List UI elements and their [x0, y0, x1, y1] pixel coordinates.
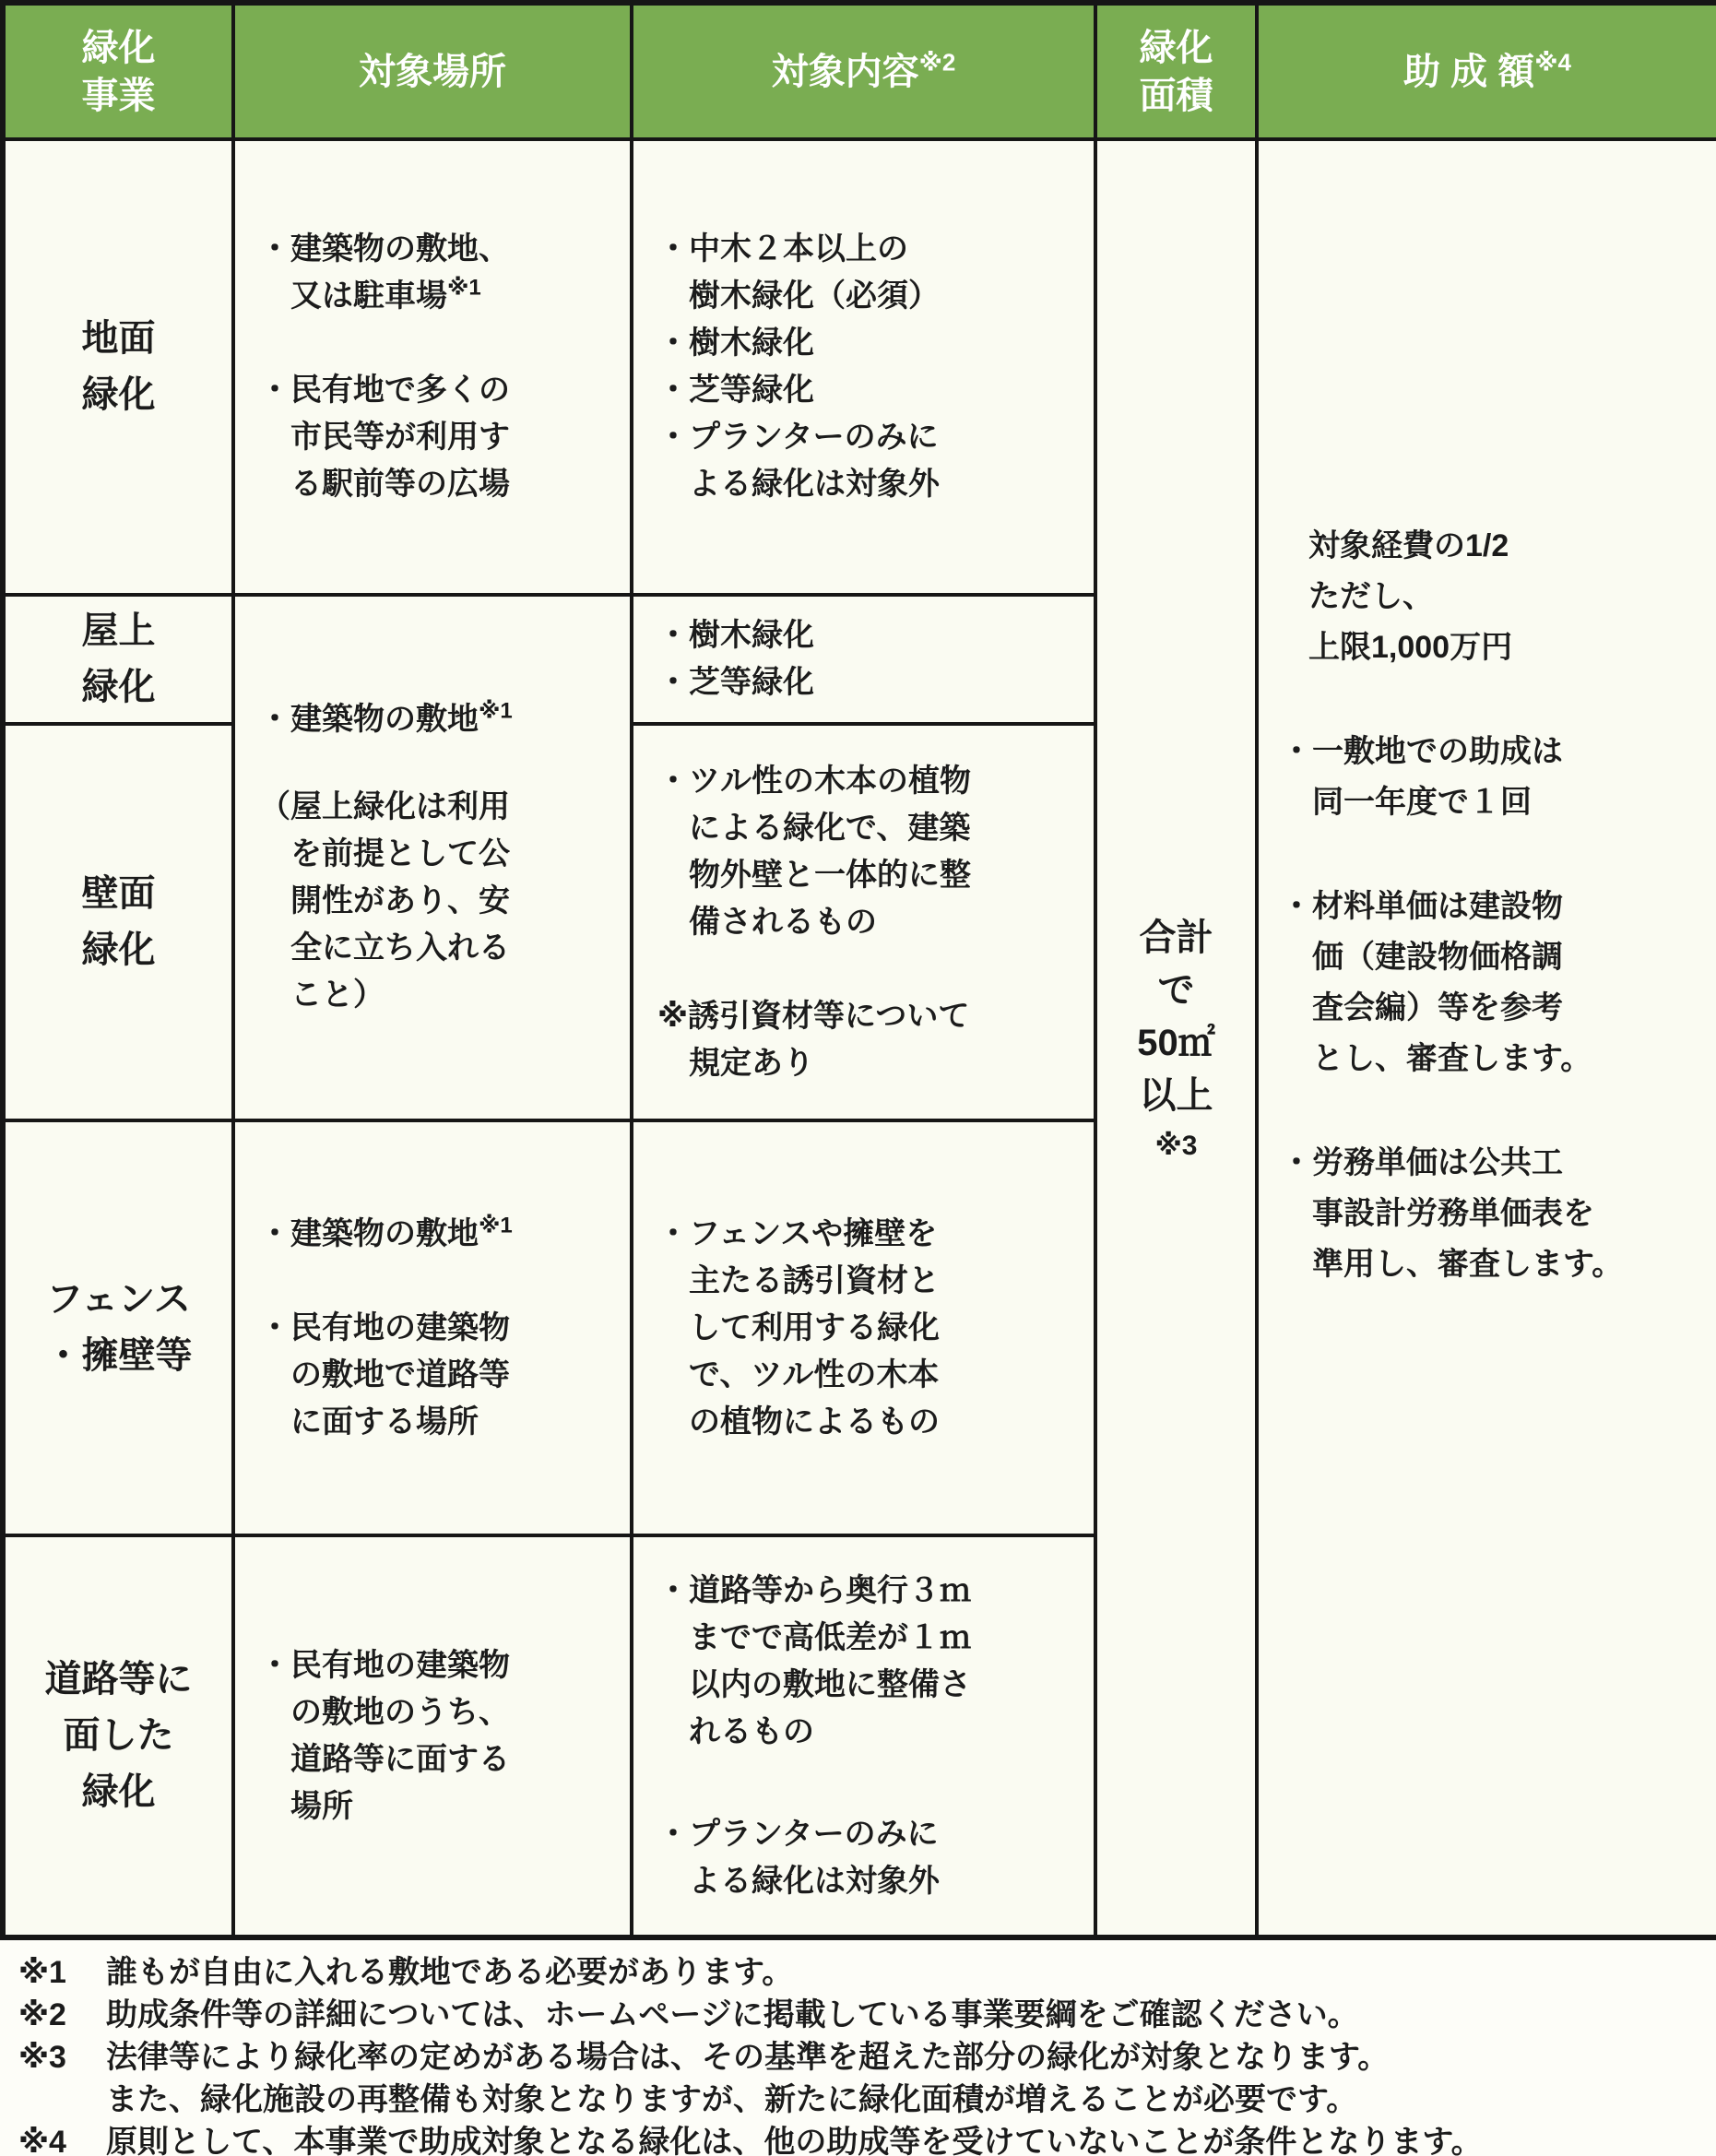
cell-place-rooftop-wall: ・建築物の敷地※1 （屋上緑化は利用 を前提として公 開性があり、安 全に立ち入… — [233, 595, 632, 1120]
note-ref-1: ※1 — [479, 1213, 513, 1238]
cell-place-fence: ・建築物の敷地※1 ・民有地の建築物 の敷地で道路等 に面する場所 — [233, 1120, 632, 1535]
greening-subsidy-page: 緑化 事業 対象場所 対象内容※2 緑化 面積 助 成 額※4 地面 緑化 ・建… — [0, 0, 1716, 2156]
place-rooftop-wall-bullet-1: ・建築物の敷地※1 — [259, 696, 624, 743]
header-area: 緑化 面積 — [1095, 3, 1257, 139]
cell-content-rooftop: ・樹木緑化 ・芝等緑化 — [632, 595, 1095, 724]
note-ref-1: ※1 — [447, 276, 481, 301]
note-ref-2: ※2 — [919, 48, 956, 76]
footnote-1: ※1 誰もが自由に入れる敷地である必要があります。 — [18, 1951, 1709, 1994]
cell-place-road: ・民有地の建築物 の敷地のうち、 道路等に面する 場所 — [233, 1535, 632, 1937]
footnote-3-marker: ※3 — [18, 2036, 106, 2121]
content-road-bullet-1: ・道路等から奥行３ｍ までで高低差が１ｍ 以内の敷地に整備さ れるもの — [657, 1568, 1088, 1756]
place-ground-bullet-2: ・民有地で多くの 市民等が利用す る駅前等の広場 — [259, 367, 624, 508]
header-area-label: 緑化 面積 — [1140, 28, 1213, 116]
footnote-4-text: 原則として、本事業で助成対象となる緑化は、他の助成等を受けていないことが条件とな… — [106, 2121, 1709, 2156]
subsidy-amount-bullet-1: ・一敷地での助成は 同一年度で１回 — [1281, 727, 1710, 828]
cell-content-wall: ・ツル性の木本の植物 による緑化で、建築 物外壁と一体的に整 備されるもの ※誘… — [632, 724, 1095, 1120]
greening-subsidy-table: 緑化 事業 対象場所 対象内容※2 緑化 面積 助 成 額※4 地面 緑化 ・建… — [0, 0, 1716, 1940]
content-road-bullet-2: ・プランターのみに よる緑化は対象外 — [657, 1811, 1088, 1905]
subsidy-amount-bullet-2: ・材料単価は建設物 価（建設物価格調 査会編）等を参考 とし、審査します。 — [1281, 882, 1710, 1084]
cell-greening-area: 合計 で 50㎡ 以上 ※3 — [1095, 139, 1257, 1937]
header-amount-label: 助 成 額 — [1403, 52, 1534, 92]
header-content: 対象内容※2 — [632, 3, 1095, 139]
cell-place-ground: ・建築物の敷地、 又は駐車場※1 ・民有地で多くの 市民等が利用す る駅前等の広… — [233, 139, 632, 595]
place-fence-bullet-2: ・民有地の建築物 の敷地で道路等 に面する場所 — [259, 1305, 624, 1446]
content-fence-bullet: ・フェンスや擁壁を 主たる誘引資材と して利用する緑化 で、ツル性の木本 の植物… — [657, 1211, 1088, 1446]
cell-subsidy-amount: 対象経費の1/2 ただし、 上限1,000万円 ・一敷地での助成は 同一年度で１… — [1257, 139, 1716, 1937]
content-rooftop-bullets: ・樹木緑化 ・芝等緑化 — [657, 612, 1088, 706]
table-row-ground: 地面 緑化 ・建築物の敷地、 又は駐車場※1 ・民有地で多くの 市民等が利用す … — [3, 139, 1716, 595]
footnote-2-marker: ※2 — [18, 1994, 106, 2036]
place-ground-bullet-1: ・建築物の敷地、 又は駐車場※1 — [259, 226, 624, 320]
footnote-1-text: 誰もが自由に入れる敷地である必要があります。 — [106, 1951, 1709, 1994]
footnote-4: ※4 原則として、本事業で助成対象となる緑化は、他の助成等を受けていないことが条… — [18, 2121, 1709, 2156]
header-project-label: 緑化 事業 — [82, 28, 156, 116]
header-place-label: 対象場所 — [359, 52, 506, 92]
cell-content-fence: ・フェンスや擁壁を 主たる誘引資材と して利用する緑化 で、ツル性の木本 の植物… — [632, 1120, 1095, 1535]
note-ref-3: ※3 — [1097, 1128, 1255, 1165]
content-wall-remark: ※誘引資材等について 規定あり — [657, 993, 1088, 1087]
footnote-3: ※3 法律等により緑化率の定めがある場合は、その基準を超えた部分の緑化が対象とな… — [18, 2036, 1709, 2121]
table-header-row: 緑化 事業 対象場所 対象内容※2 緑化 面積 助 成 額※4 — [3, 3, 1716, 139]
cell-content-road: ・道路等から奥行３ｍ までで高低差が１ｍ 以内の敷地に整備さ れるもの ・プラン… — [632, 1535, 1095, 1937]
row-label-fence: フェンス ・擁壁等 — [3, 1120, 233, 1535]
header-amount: 助 成 額※4 — [1257, 3, 1716, 139]
note-ref-4: ※4 — [1534, 48, 1571, 76]
note-ref-1: ※1 — [479, 699, 513, 724]
row-label-road: 道路等に 面した 緑化 — [3, 1535, 233, 1937]
place-rooftop-wall-remark: （屋上緑化は利用 を前提として公 開性があり、安 全に立ち入れる こと） — [259, 784, 624, 1019]
place-fence-bullet-1: ・建築物の敷地※1 — [259, 1211, 624, 1258]
row-label-ground: 地面 緑化 — [3, 139, 233, 595]
content-wall-bullet: ・ツル性の木本の植物 による緑化で、建築 物外壁と一体的に整 備されるもの — [657, 758, 1088, 946]
header-content-label: 対象内容 — [772, 52, 919, 92]
content-ground-bullets: ・中木２本以上の 樹木緑化（必須） ・樹木緑化 ・芝等緑化 ・プランターのみに … — [657, 226, 1088, 508]
header-place: 対象場所 — [233, 3, 632, 139]
footnote-2: ※2 助成条件等の詳細については、ホームページに掲載している事業要綱をご確認くだ… — [18, 1994, 1709, 2036]
row-label-rooftop: 屋上 緑化 — [3, 595, 233, 724]
subsidy-amount-intro: 対象経費の1/2 ただし、 上限1,000万円 — [1308, 521, 1710, 673]
footnote-1-marker: ※1 — [18, 1951, 106, 1994]
footnote-4-marker: ※4 — [18, 2121, 106, 2156]
subsidy-amount-bullet-3: ・労務単価は公共工 事設計労務単価表を 準用し、審査します。 — [1281, 1138, 1710, 1290]
footnotes: ※1 誰もが自由に入れる敷地である必要があります。 ※2 助成条件等の詳細につい… — [0, 1940, 1716, 2156]
cell-content-ground: ・中木２本以上の 樹木緑化（必須） ・樹木緑化 ・芝等緑化 ・プランターのみに … — [632, 139, 1095, 595]
place-road-bullet: ・民有地の建築物 の敷地のうち、 道路等に面する 場所 — [259, 1642, 624, 1830]
footnote-2-text: 助成条件等の詳細については、ホームページに掲載している事業要綱をご確認ください。 — [106, 1994, 1709, 2036]
footnote-3-text: 法律等により緑化率の定めがある場合は、その基準を超えた部分の緑化が対象となります… — [106, 2036, 1709, 2121]
greening-area-value: 合計 で 50㎡ 以上 — [1097, 912, 1255, 1122]
row-label-wall: 壁面 緑化 — [3, 724, 233, 1120]
header-project: 緑化 事業 — [3, 3, 233, 139]
